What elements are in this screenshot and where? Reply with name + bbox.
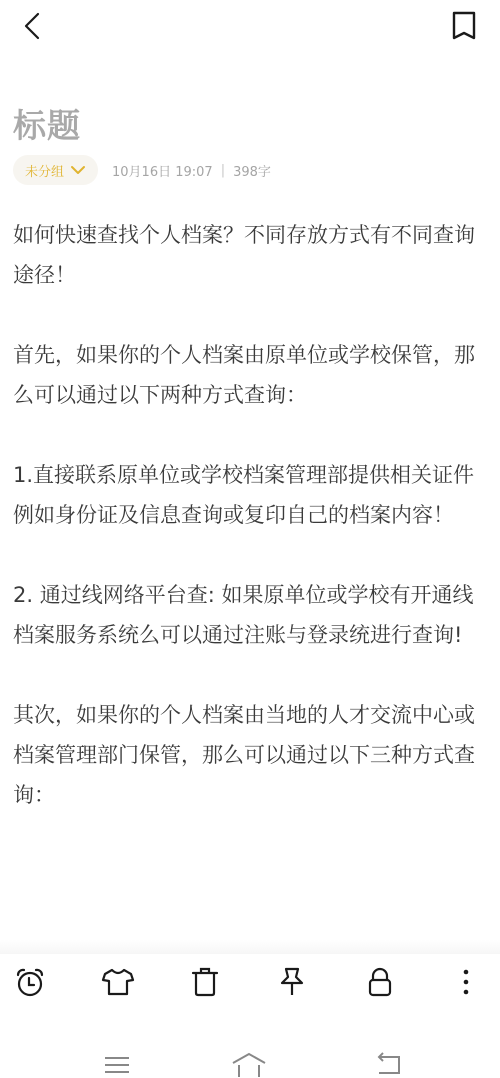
paragraph: 首先，如果你的个人档案由原单位或学校保管，那么可以通过以下两种方式查询： (13, 335, 491, 415)
reminder-button[interactable] (10, 962, 50, 1002)
alarm-clock-icon (14, 966, 46, 998)
lock-button[interactable] (360, 962, 400, 1002)
paragraph: 2. 通过线网络平台查: 如果原单位或学校有开通线档案服务系统么可以通过注账与登… (13, 575, 491, 655)
bottom-toolbar (0, 954, 500, 1010)
back-icon (373, 1051, 403, 1077)
more-button[interactable] (446, 962, 486, 1002)
word-count: 398字 (233, 161, 271, 180)
note-body[interactable]: 如何快速查找个人档案？不同存放方式有不同查询途径！ 首先，如果你的个人档案由原单… (13, 215, 491, 855)
delete-button[interactable] (185, 962, 225, 1002)
trash-icon (191, 966, 219, 998)
system-nav-bar (0, 1040, 500, 1078)
chevron-down-icon (70, 165, 86, 175)
bookmark-icon (451, 10, 477, 42)
chevron-left-icon (20, 11, 44, 41)
pin-button[interactable] (272, 962, 312, 1002)
pin-icon (279, 966, 305, 998)
tshirt-icon (101, 967, 135, 997)
home-icon (231, 1051, 267, 1077)
more-vertical-icon (461, 967, 471, 997)
back-button[interactable] (14, 8, 50, 44)
bookmark-button[interactable] (446, 8, 482, 44)
paragraph: 1.直接联系原单位或学校档案管理部提供相关证件例如身份证及信息查询或复印自己的档… (13, 455, 491, 535)
meta-separator: | (221, 163, 225, 178)
group-label: 未分组 (25, 161, 64, 180)
note-date: 10月16日 19:07 (112, 161, 213, 180)
paragraph: 其次，如果你的个人档案由当地的人才交流中心或档案管理部门保管，那么可以通过以下三… (13, 695, 491, 815)
toolbar-divider (0, 940, 500, 954)
note-title[interactable]: 标题 (13, 100, 81, 147)
group-selector[interactable]: 未分组 (13, 155, 98, 185)
nav-home-button[interactable] (229, 1050, 269, 1078)
lock-icon (367, 966, 393, 998)
nav-menu-button[interactable] (97, 1050, 137, 1078)
paragraph: 如何快速查找个人档案？不同存放方式有不同查询途径！ (13, 215, 491, 295)
note-meta: 未分组 10月16日 19:07 | 398字 (13, 155, 271, 185)
theme-button[interactable] (98, 962, 138, 1002)
menu-icon (103, 1052, 131, 1076)
top-bar (0, 0, 500, 56)
nav-back-button[interactable] (368, 1050, 408, 1078)
